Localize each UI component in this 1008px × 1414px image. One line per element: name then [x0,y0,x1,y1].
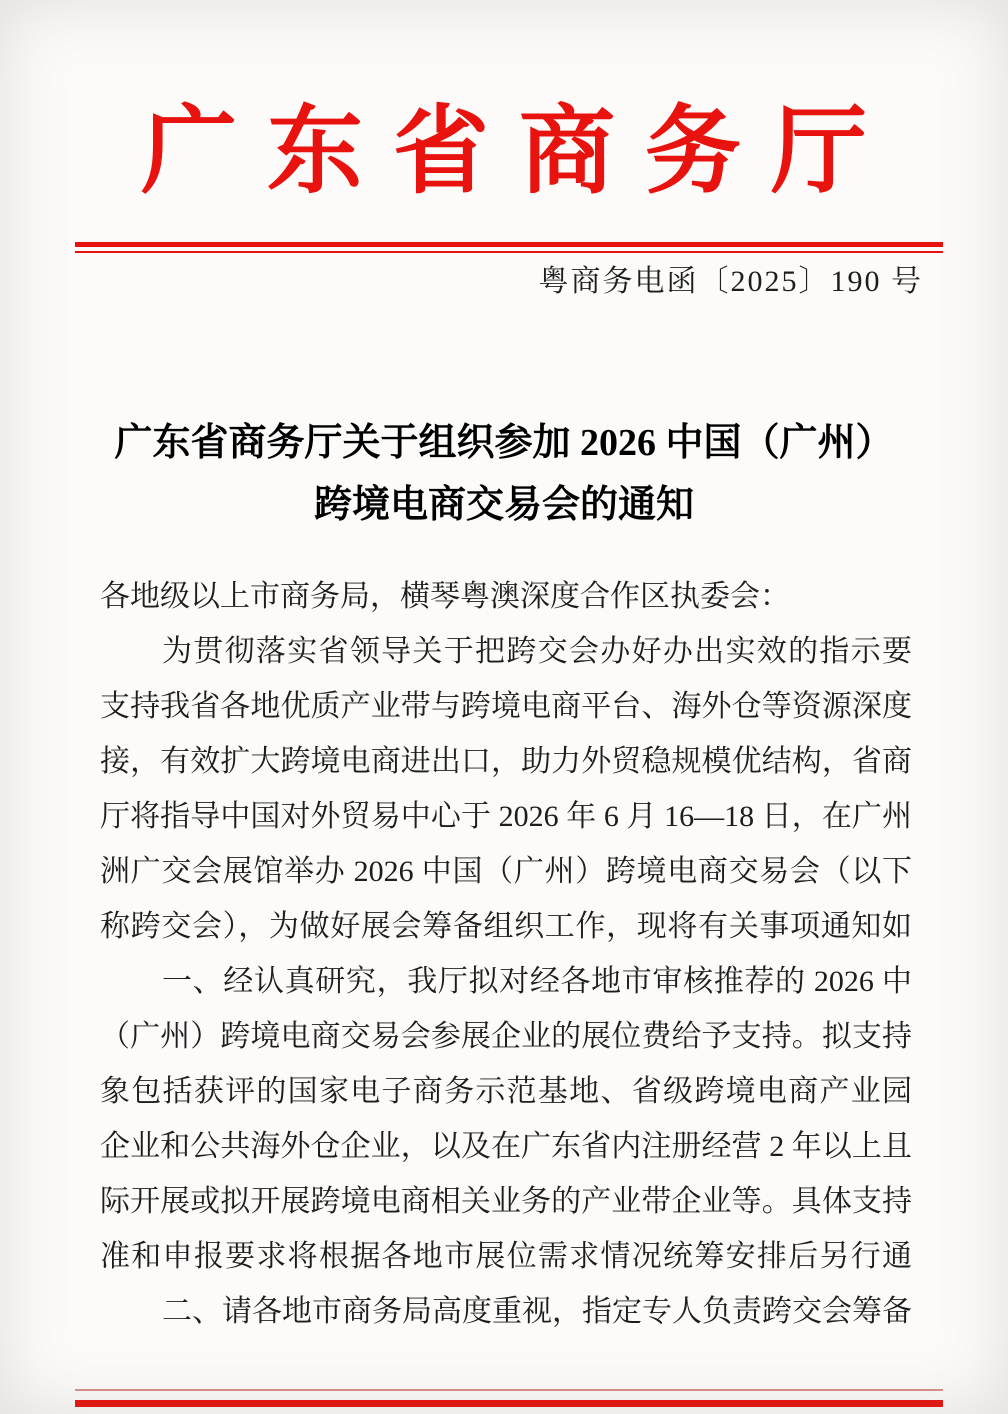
title-line-2: 跨境电商交易会的通知 [0,474,1008,536]
header-rule [75,242,943,253]
body-lines: 各地级以上市商务局，横琴粤澳深度合作区执委会：为贯彻落实省领导关于把跨交会办好办… [100,569,912,1339]
body-line: 各地级以上市商务局，横琴粤澳深度合作区执委会： [100,569,912,624]
agency-char: 厅 [771,102,867,203]
document-title: 广东省商务厅关于组织参加 2026 中国（广州） 跨境电商交易会的通知 [0,412,1008,536]
body-line: 象包括获评的国家电子商务示范基地、省级跨境电商产业园区、 [100,1064,912,1119]
footer-rule-heavy [75,1400,943,1407]
header-rule-thick [75,242,943,247]
body-line: （广州）跨境电商交易会参展企业的展位费给予支持。拟支持对 [100,1009,912,1064]
body-line: 企业和公共海外仓企业，以及在广东省内注册经营 2 年以上且实 [100,1119,912,1174]
body-line: 接，有效扩大跨境电商进出口，助力外贸稳规模优结构，省商务 [100,734,912,789]
agency-name: 广东省商务厅 [141,102,867,203]
body-line: 准和申报要求将根据各地市展位需求情况统筹安排后另行通知。 [100,1229,912,1284]
agency-char: 务 [645,102,741,203]
body-line: 为贯彻落实省领导关于把跨交会办好办出实效的指示要求， [100,624,912,679]
document-page: 广东省商务厅 粤商务电函〔2025〕190 号 广东省商务厅关于组织参加 202… [0,0,1008,1414]
body-line: 支持我省各地优质产业带与跨境电商平台、海外仓等资源深度对 [100,679,912,734]
body-line: 洲广交会展馆举办 2026 中国（广州）跨境电商交易会（以下简 [100,844,912,899]
agency-char: 省 [393,102,489,203]
agency-char: 广 [141,102,237,203]
agency-char: 东 [267,102,363,203]
body-line: 厅将指导中国对外贸易中心于 2026 年 6 月 16—18 日，在广州琶 [100,789,912,844]
body-line: 际开展或拟开展跨境电商相关业务的产业带企业等。具体支持标 [100,1174,912,1229]
doc-number: 粤商务电函〔2025〕190 号 [539,256,924,300]
body-line: 一、经认真研究，我厅拟对经各地市审核推荐的 2026 中国 [100,954,912,1009]
body-line: 称跨交会），为做好展会筹备组织工作，现将有关事项通知如下： [100,899,912,954]
agency-char: 商 [519,102,615,203]
title-line-1: 广东省商务厅关于组织参加 2026 中国（广州） [0,412,1008,474]
footer-rule [75,1389,943,1407]
body-line: 二、请各地市商务局高度重视，指定专人负责跨交会筹备组 [100,1284,912,1339]
footer-rule-light [75,1389,943,1391]
header-rule-thin [75,251,943,253]
